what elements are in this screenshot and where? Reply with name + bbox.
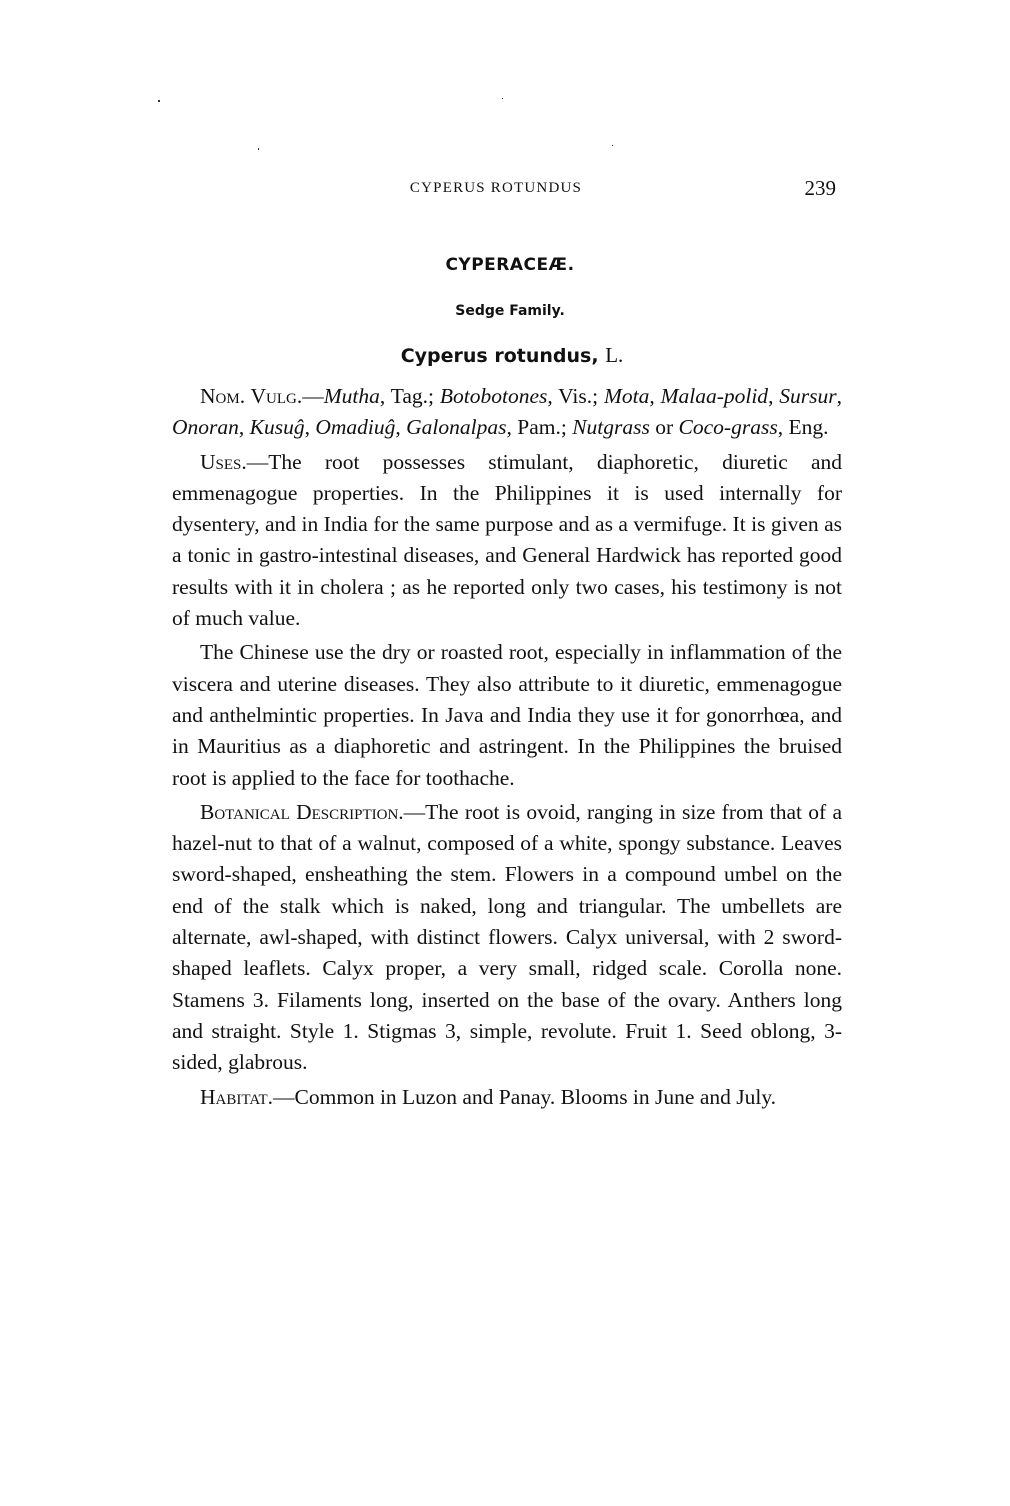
separator: , (768, 384, 779, 408)
chinese-uses-paragraph: The Chinese use the dry or roasted root,… (172, 637, 842, 793)
dash: — (247, 450, 269, 474)
separator: , (305, 415, 316, 439)
family-title: CYPERACEÆ. (0, 255, 1010, 275)
species-name: Cyperus rotundus, (401, 345, 599, 367)
habitat-label: Habitat. (200, 1085, 273, 1109)
habitat-text: Common in Luzon and Panay. Blooms in Jun… (295, 1085, 777, 1109)
uses-text: The root possesses stimulant, diaphoreti… (172, 450, 842, 630)
dash: — (404, 800, 426, 824)
family-common-name: Sedge Family. (0, 303, 1010, 319)
species-title: Cyperus rotundus, L. (0, 343, 1010, 368)
separator: , (649, 384, 660, 408)
vernacular-name: Onoran (172, 415, 239, 439)
botanical-description-label: Botanical Description. (200, 800, 404, 824)
botanical-description-paragraph: Botanical Description.—The root is ovoid… (172, 797, 842, 1079)
habitat-paragraph: Habitat.—Common in Luzon and Panay. Bloo… (172, 1082, 842, 1113)
vernacular-name: Nutgrass (572, 415, 650, 439)
dash: — (302, 384, 324, 408)
language-label: , Vis.; (547, 384, 604, 408)
vernacular-name: Mota (604, 384, 649, 408)
scan-speck (158, 100, 160, 102)
species-authority: L. (605, 343, 623, 367)
vernacular-name: Mutha (324, 384, 380, 408)
uses-paragraph: Uses.—The root possesses stimulant, diap… (172, 447, 842, 635)
page-number: 239 (805, 176, 837, 201)
scan-speck (502, 98, 503, 99)
vernacular-name: Galonalpas (406, 415, 506, 439)
scan-speck (258, 148, 259, 150)
vernacular-name: Omadiuĝ (315, 415, 395, 439)
running-title: CYPERUS ROTUNDUS (172, 180, 836, 197)
book-page: CYPERUS ROTUNDUS 239 CYPERACEÆ. Sedge Fa… (0, 0, 1010, 1506)
language-label: , Pam.; (507, 415, 573, 439)
running-head: CYPERUS ROTUNDUS 239 (172, 180, 836, 204)
chinese-uses-text: The Chinese use the dry or roasted root,… (172, 640, 842, 789)
nom-vulg-paragraph: Nom. Vulg.—Mutha, Tag.; Botobotones, Vis… (172, 381, 842, 444)
botanical-description-text: The root is ovoid, ranging in size from … (172, 800, 842, 1074)
vernacular-name: Malaa-polid (661, 384, 769, 408)
nom-vulg-label: Nom. Vulg. (200, 384, 302, 408)
language-label: , Eng. (778, 415, 829, 439)
separator: or (650, 415, 679, 439)
vernacular-name: Sursur (779, 384, 836, 408)
separator: , (239, 415, 250, 439)
separator: , (395, 415, 406, 439)
dash: — (273, 1085, 295, 1109)
language-label: , Tag.; (380, 384, 440, 408)
separator: , (837, 384, 842, 408)
body-text: Nom. Vulg.—Mutha, Tag.; Botobotones, Vis… (172, 381, 842, 1113)
vernacular-name: Coco-grass (679, 415, 778, 439)
scan-speck (612, 145, 613, 146)
vernacular-name: Kusuĝ (250, 415, 305, 439)
vernacular-name: Botobotones (440, 384, 548, 408)
uses-label: Uses. (200, 450, 247, 474)
